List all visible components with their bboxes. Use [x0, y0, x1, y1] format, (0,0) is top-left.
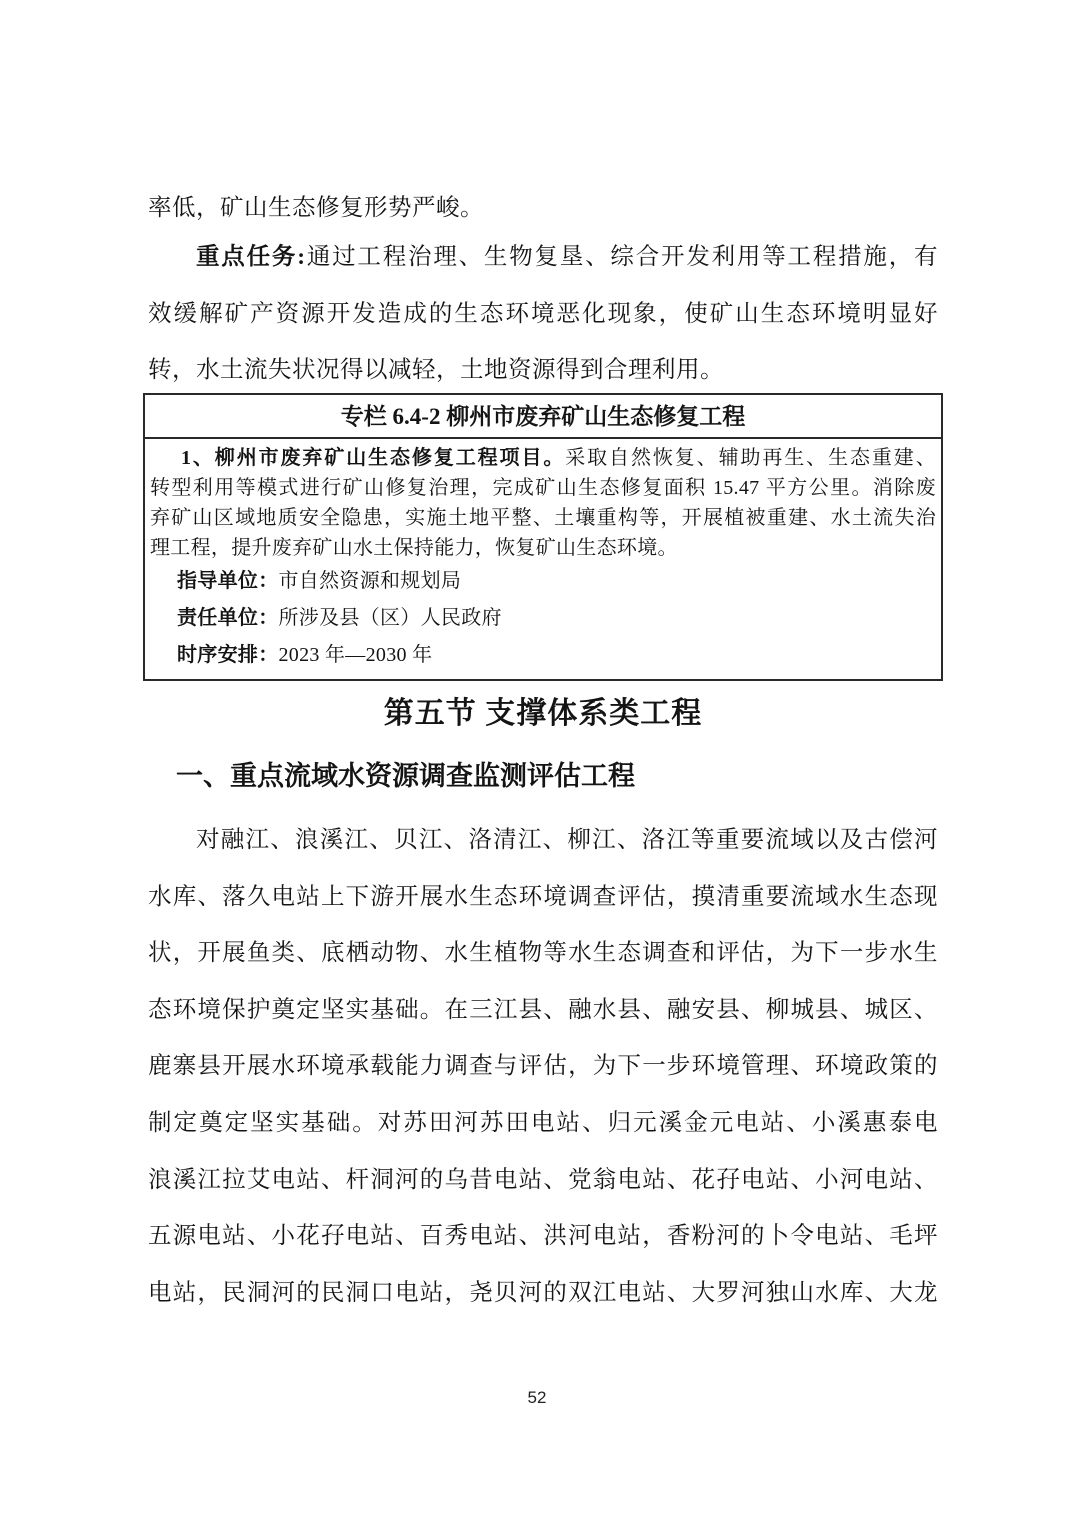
paragraph-line: 状，开展鱼类、底栖动物、水生植物等水生态调查和评估，为下一步水生 — [148, 925, 938, 982]
responsible-unit-value: 所涉及县（区）人民政府 — [279, 607, 502, 629]
paragraph-line: 电站，民洞河的民洞口电站，尧贝河的双江电站、大罗河独山水库、大龙 — [148, 1265, 938, 1322]
box-item-label: 1、柳州市废弃矿山生态修复工程项目。 — [181, 447, 565, 469]
paragraph-line: 浪溪江拉艾电站、杆洞河的乌昔电站、党翁电站、花孖电站、小河电站、 — [148, 1152, 938, 1209]
feature-box-title: 专栏 6.4-2 柳州市废弃矿山生态修复工程 — [145, 395, 941, 439]
schedule-row: 时序安排：2023 年—2030 年 — [150, 637, 936, 674]
main-paragraph: 对融江、浪溪江、贝江、洛清江、柳江、洛江等重要流域以及古偿河 水库、落久电站上下… — [148, 812, 938, 1321]
paragraph-text: 通过工程治理、生物复垦、综合开发利用等工程措施，有 — [306, 244, 938, 270]
paragraph-line: 水库、落久电站上下游开展水生态环境调查评估，摸清重要流域水生态现 — [148, 869, 938, 926]
key-tasks-paragraph: 重点任务:通过工程治理、生物复垦、综合开发利用等工程措施，有 效缓解矿产资源开发… — [148, 229, 938, 399]
page-number: 52 — [0, 1388, 1074, 1408]
box-paragraph-line: 理工程，提升废弃矿山水土保持能力，恢复矿山生态环境。 — [150, 533, 936, 563]
guide-unit-label: 指导单位： — [177, 570, 279, 592]
box-paragraph-line: 弃矿山区域地质安全隐患，实施土地平整、土壤重构等，开展植被重建、水土流失治 — [150, 503, 936, 533]
box-paragraph-line: 1、柳州市废弃矿山生态修复工程项目。采取自然恢复、辅助再生、生态重建、 — [150, 443, 936, 473]
responsible-unit-label: 责任单位： — [177, 607, 279, 629]
box-paragraph-line: 转型利用等模式进行矿山修复治理，完成矿山生态修复面积 15.47 平方公里。消除… — [150, 473, 936, 503]
paragraph-line: 态环境保护奠定坚实基础。在三江县、融水县、融安县、柳城县、城区、 — [148, 982, 938, 1039]
feature-box-body: 1、柳州市废弃矿山生态修复工程项目。采取自然恢复、辅助再生、生态重建、 转型利用… — [145, 439, 941, 679]
paragraph-line: 五源电站、小花孖电站、百秀电站、洪河电站，香粉河的卜令电站、毛坪 — [148, 1208, 938, 1265]
paragraph-line: 效缓解矿产资源开发造成的生态环境恶化现象，使矿山生态环境明显好 — [148, 286, 938, 343]
section-title: 第五节 支撑体系类工程 — [148, 694, 938, 734]
paragraph-line: 制定奠定坚实基础。对苏田河苏田电站、归元溪金元电站、小溪惠泰电站、 — [148, 1095, 938, 1152]
schedule-label: 时序安排： — [177, 644, 279, 666]
key-tasks-label: 重点任务: — [196, 244, 306, 270]
responsible-unit-row: 责任单位：所涉及县（区）人民政府 — [150, 600, 936, 637]
paragraph-line: 转，水土流失状况得以减轻，土地资源得到合理利用。 — [148, 342, 938, 399]
paragraph-line: 重点任务:通过工程治理、生物复垦、综合开发利用等工程措施，有 — [148, 229, 938, 286]
document-page: 率低，矿山生态修复形势严峻。 重点任务:通过工程治理、生物复垦、综合开发利用等工… — [0, 0, 1074, 1520]
guide-unit-value: 市自然资源和规划局 — [279, 570, 462, 592]
paragraph-line: 对融江、浪溪江、贝江、洛清江、柳江、洛江等重要流域以及古偿河 — [148, 812, 938, 869]
feature-box: 专栏 6.4-2 柳州市废弃矿山生态修复工程 1、柳州市废弃矿山生态修复工程项目… — [143, 393, 943, 681]
subsection-title: 一、重点流域水资源调查监测评估工程 — [148, 757, 938, 795]
paragraph-line: 鹿寨县开展水环境承载能力调查与评估，为下一步环境管理、环境政策的 — [148, 1038, 938, 1095]
guide-unit-row: 指导单位：市自然资源和规划局 — [150, 563, 936, 600]
box-item-text: 采取自然恢复、辅助再生、生态重建、 — [565, 447, 936, 469]
schedule-value: 2023 年—2030 年 — [279, 644, 433, 666]
